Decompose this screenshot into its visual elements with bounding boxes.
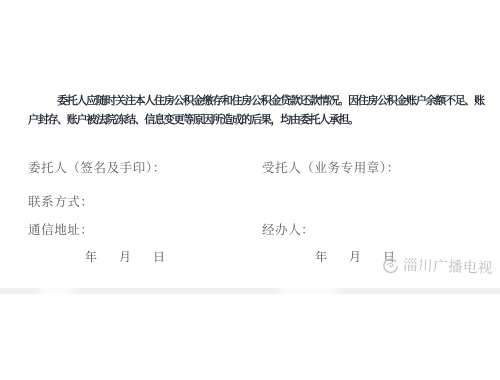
notice-line-2: 户封存、账户被法院冻结、信息变更等原因所造成的后果，均由委托人承担。 [28,111,483,130]
principal-signature-label: 委托人（签名及手印）： [28,158,166,176]
watermark-text: 淄川广播电视 [403,254,494,278]
notice-paragraph: 委托人应随时关注本人住房公积金缴存和住房公积金贷款还款情况。因住房公积金账户余额… [28,92,483,130]
notice-line-1: 委托人应随时关注本人住房公积金缴存和住房公积金贷款还款情况。因住房公积金账户余额… [28,92,483,111]
year-label: 年 [315,248,327,265]
trustee-seal-label: 受托人（业务专用章）： [262,158,400,176]
month-label: 月 [119,248,131,265]
year-label: 年 [85,248,97,265]
day-label: 日 [153,248,165,265]
handler-label: 经办人： [262,220,314,238]
scanned-form-page: 委托人应随时关注本人住房公积金缴存和住房公积金贷款还款情况。因住房公积金账户余额… [0,0,500,380]
month-label: 月 [349,248,361,265]
mailing-address-label: 通信地址： [28,220,94,238]
date-line-principal: 年 月 日 [85,248,165,265]
contact-method-label: 联系方式： [28,192,94,210]
scan-edge-band [0,288,500,294]
broadcaster-watermark: 淄川广播电视 [381,253,494,279]
swirl-broadcast-logo-icon [381,256,401,276]
